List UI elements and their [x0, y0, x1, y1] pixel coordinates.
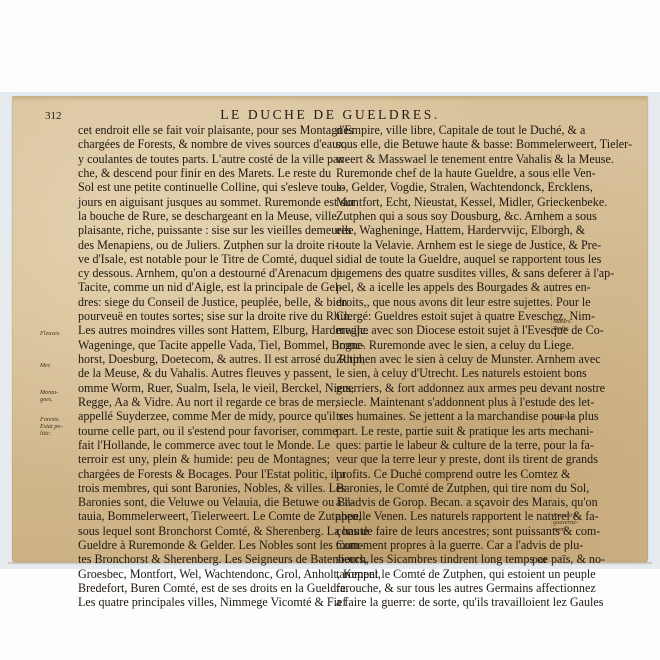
text-line: toute la Velavie. Arnhem est le siege de… — [336, 238, 549, 252]
text-line: Groesbec, Montfort, Wel, Wachtendonc, Gr… — [78, 567, 330, 581]
text-line: ve d'Isale, est notable pour le Titre de… — [78, 252, 330, 266]
text-line: des Menapiens, ou de Juliers. Zutphen su… — [78, 238, 330, 252]
text-line: Wageninge, que Tacite appelle Vada, Tiel… — [78, 338, 330, 352]
text-line: tes Bronchorst & Sherenberg. Les Seigneu… — [78, 552, 330, 566]
text-line: jugemens des quatre susdites villes, & s… — [336, 266, 549, 280]
text-line: Les quatre principales villes, Nimmege V… — [78, 595, 330, 609]
text-line: Tacite, comme un nid d'Aigle, est la pri… — [78, 280, 330, 294]
text-line: munement propres à la guerre. Car a l'ad… — [336, 538, 549, 552]
text-line: Baronies, le Comté de Zutphen, qui tire … — [336, 481, 549, 495]
text-line: Clergé: Gueldres estoit sujet à quatre E… — [336, 309, 549, 323]
text-line: trois membres, qui sont Baronies, Nobles… — [78, 481, 330, 495]
text-line: veur que la terre leur y preste, dont il… — [336, 452, 549, 466]
text-line: à l'advis de Gorop. Becan. a sçavoir des… — [336, 495, 549, 509]
text-line: elle, Wagheninge, Hattem, Hardervvijc, E… — [336, 223, 549, 237]
text-line: çons de faire de leurs ancestres; sont p… — [336, 524, 549, 538]
text-line: le sien, à celuy d'Utrecht. Les naturels… — [336, 366, 549, 380]
text-line: meghe avec son Diocese estoit sujet à l'… — [336, 323, 549, 337]
text-line: Zutphen qui a sous soy Dousburg, &c. Arn… — [336, 209, 549, 223]
text-line: Gueldre à Ruremonde & Gelder. Les Nobles… — [78, 538, 330, 552]
text-line: plaisante, riche, puissante : sise sur l… — [78, 223, 330, 237]
text-line: Ruremonde chef de la haute Gueldre, a so… — [336, 166, 549, 180]
margin-note: Fleuves. — [40, 330, 61, 337]
text-line: siecle. Maintenant s'addonnent plus à l'… — [336, 395, 549, 409]
text-line: chargées de Forests & Bocages. Pour l'Es… — [78, 467, 330, 481]
text-line: d'Empire, ville libre, Capitale de tout … — [336, 123, 549, 137]
text-line: cy dessous. Arnhem, qu'on a destourné d'… — [78, 266, 330, 280]
text-line: sieurs, les Sicambres tindrent long temp… — [336, 552, 549, 566]
text-line: Zutphen avec le sien à celuy de Munster.… — [336, 352, 549, 366]
catchword: par — [532, 552, 547, 567]
text-line: farouche, & sur tous les autres Germains… — [336, 581, 549, 595]
text-line: che, & descend pour finir en des Marets.… — [78, 166, 330, 180]
text-line: part. Le reste, partie suit & pratique l… — [336, 424, 549, 438]
text-line: sous lequel sont Bronchorst Comté, & She… — [78, 524, 330, 538]
text-line: cet endroit elle se fait voir plaisante,… — [78, 123, 330, 137]
margin-note: Mer. — [40, 362, 51, 369]
text-line: pourveuë en toutes sortes; sise sur la d… — [78, 309, 330, 323]
text-line: sidial de toute la Gueldre, auquel se ra… — [336, 252, 549, 266]
text-line: logne. Ruremonde avec le sien, a celuy d… — [336, 338, 549, 352]
margin-note: Forests. Estat po- litic. — [40, 416, 63, 437]
margin-note: Zutphen. — [553, 414, 575, 421]
text-line: Baronies sont, die Veluwe ou Velauia, di… — [78, 495, 330, 509]
text-line: appellé Suyderzee, comme Mer de midy, po… — [78, 409, 330, 423]
text-line: tauia, Bommelerweert, Tielerweert. Le Co… — [78, 509, 330, 523]
text-line: Les autres moindres villes sont Hattem, … — [78, 323, 330, 337]
margin-note: Pouvoir& gouverne- ment. — [553, 512, 578, 533]
text-line: dres: siege du Conseil de Justice, peupl… — [78, 295, 330, 309]
text-line: tamment le Comté de Zutphen, qui estoien… — [336, 567, 549, 581]
text-line: jours en aiguisant jusques au sommet. Ru… — [78, 195, 330, 209]
text-line: pel, & a icelle les appels des Bourgades… — [336, 280, 549, 294]
right-text-column: d'Empire, ville libre, Capitale de tout … — [336, 123, 549, 610]
text-line: droits,, que nous avons dit leur estre s… — [336, 295, 549, 309]
text-line: de la Meuse, & du Vahalis. Autres fleuve… — [78, 366, 330, 380]
text-line: guerriers, & fort addonnez aux armes peu… — [336, 381, 549, 395]
text-line: fait l'Hollande, le commerce avec tout l… — [78, 438, 330, 452]
text-line: weert & Masswael le tenement entre Vahal… — [336, 152, 549, 166]
text-line: sous elle, die Betuwe haute & basse: Bom… — [336, 137, 549, 151]
text-line: ques: partie le labeur & culture de la t… — [336, 438, 549, 452]
text-line: profits. Ce Duché comprend outre les Com… — [336, 467, 549, 481]
margin-note: Mœurs. Trafic. — [553, 318, 572, 332]
text-line: a faire la guerre: de sorte, qu'ils trav… — [336, 595, 549, 609]
text-line: y coulantes de toutes parts. L'autre cos… — [78, 152, 330, 166]
text-line: horst, Doesburg, Doetecom, & autres. Il … — [78, 352, 330, 366]
text-line: terroir est uny, plein & humide: peu de … — [78, 452, 330, 466]
text-line: Bredefort, Buren Comté, est de ses droit… — [78, 581, 330, 595]
text-line: lo, Gelder, Vogdie, Stralen, Wachtendonc… — [336, 180, 549, 194]
text-line: appelle Venen. Les naturels rapportent l… — [336, 509, 549, 523]
running-head: LE DUCHE DE GUELDRES. — [200, 107, 460, 123]
page-number: 312 — [45, 110, 62, 122]
text-line: Sol est une petite continuelle Colline, … — [78, 180, 330, 194]
text-line: tres humaines. Se jettent a la marchandi… — [336, 409, 549, 423]
text-line: omme Worm, Ruer, Sualm, Isela, le vieil,… — [78, 381, 330, 395]
left-text-column: cet endroit elle se fait voir plaisante,… — [78, 123, 330, 610]
text-line: chargées de Forests, & nombre de vives s… — [78, 137, 330, 151]
margin-note: Monta- gnes. — [40, 389, 58, 403]
text-line: Regge, Aa & Vidre. Au nort il regarde ce… — [78, 395, 330, 409]
text-line: la bouche de Rure, se deschargeant en la… — [78, 209, 330, 223]
text-line: tourne celle part, ou il s'estend pour f… — [78, 424, 330, 438]
text-line: Montfort, Echt, Nieustat, Kessel, Midler… — [336, 195, 549, 209]
